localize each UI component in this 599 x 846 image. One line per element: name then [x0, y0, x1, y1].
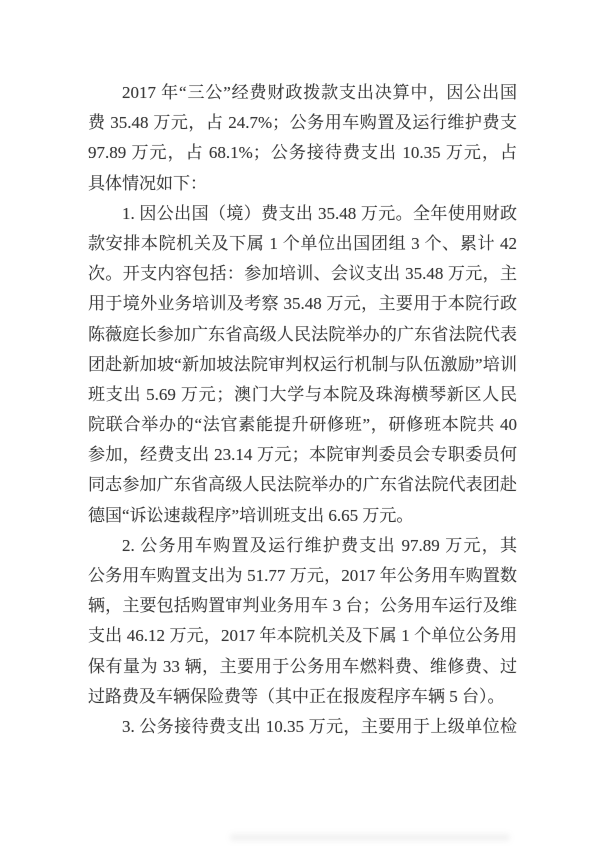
text-line: 用于境外业务培训及考察 35.48 万元，主要用于本院行政庭: [88, 289, 517, 319]
scan-artifact: [230, 834, 510, 841]
text-line: 保有量为 33 辆，主要用于公务用车燃料费、维修费、过桥: [88, 652, 517, 682]
text-line: 班支出 5.69 万元；澳门大学与本院及珠海横琴新区人民法: [88, 380, 517, 410]
text-line: 款安排本院机关及下属 1 个单位出国团组 3 个、累计 42 人: [88, 229, 517, 259]
text-line: 院联合举办的“法官素能提升研修班”，研修班本院共 40 人: [88, 410, 517, 440]
text-line: 具体情况如下：: [88, 169, 517, 199]
text-line: 费 35.48 万元，占 24.7%；公务用车购置及运行维护费支出: [88, 108, 517, 138]
text-line: 同志参加广东省高级人民法院举办的广东省法院代表团赴: [88, 470, 517, 500]
text-line: 1. 因公出国（境）费支出 35.48 万元。全年使用财政拨: [88, 199, 517, 229]
text-line: 参加，经费支出 23.14 万元；本院审判委员会专职委员何理: [88, 440, 517, 470]
text-line: 支出 46.12 万元，2017 年本院机关及下属 1 个单位公务用车: [88, 621, 517, 651]
text-line: 辆，主要包括购置审判业务用车 3 台；公务用车运行及维护: [88, 591, 517, 621]
text-line: 3. 公务接待费支出 10.35 万元，主要用于上级单位检查: [88, 712, 517, 742]
text-line: 97.89 万元，占 68.1%；公务接待费支出 10.35 万元，占 7.2%…: [88, 138, 517, 168]
text-line: 2017 年“三公”经费财政拨款支出决算中，因公出国（境）: [88, 78, 517, 108]
text-line: 团赴新加坡“新加坡法院审判权运行机制与队伍激励”培训: [88, 350, 517, 380]
document-page: 2017 年“三公”经费财政拨款支出决算中，因公出国（境） 费 35.48 万元…: [0, 0, 599, 846]
text-line: 次。开支内容包括：参加培训、会议支出 35.48 万元，主要: [88, 259, 517, 289]
text-line: 公务用车购置支出为 51.77 万元，2017 年公务用车购置数 3: [88, 561, 517, 591]
text-line: 德国“诉讼速裁程序”培训班支出 6.65 万元。: [88, 501, 517, 531]
document-body: 2017 年“三公”经费财政拨款支出决算中，因公出国（境） 费 35.48 万元…: [88, 78, 517, 742]
text-line: 2. 公务用车购置及运行维护费支出 97.89 万元，其中：: [88, 531, 517, 561]
text-line: 过路费及车辆保险费等（其中正在报废程序车辆 5 台）。: [88, 682, 517, 712]
text-line: 陈薇庭长参加广东省高级人民法院举办的广东省法院代表: [88, 320, 517, 350]
